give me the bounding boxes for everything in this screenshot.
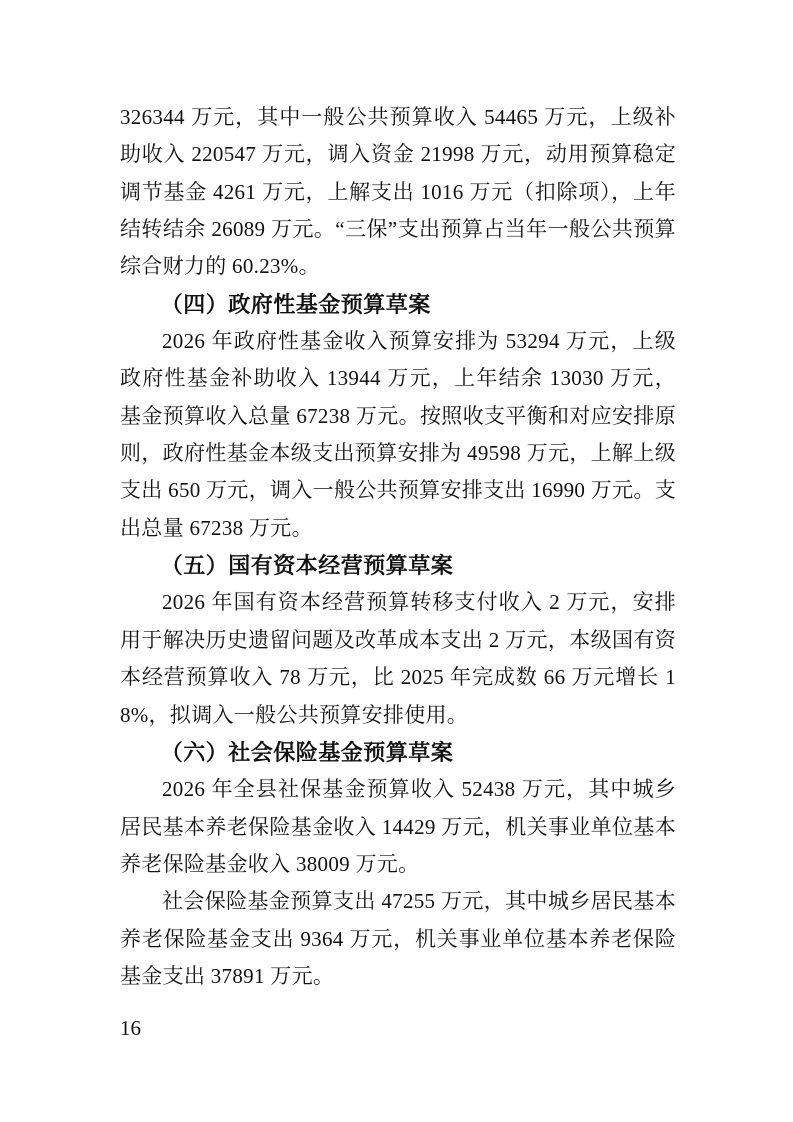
- body-paragraph-social-insurance-expense: 社会保险基金预算支出 47255 万元，其中城乡居民基本养老保险基金支出 936…: [120, 883, 676, 995]
- section-heading-5: （五）国有资本经营预算草案: [120, 547, 676, 584]
- section-heading-4: （四）政府性基金预算草案: [120, 286, 676, 323]
- body-paragraph-continued: 326344 万元，其中一般公共预算收入 54465 万元，上级补助收入 220…: [120, 99, 676, 286]
- section-heading-6: （六）社会保险基金预算草案: [120, 734, 676, 771]
- body-paragraph-social-insurance-income: 2026 年全县社保基金预算收入 52438 万元，其中城乡居民基本养老保险基金…: [120, 771, 676, 883]
- body-paragraph-government-funds: 2026 年政府性基金收入预算安排为 53294 万元，上级政府性基金补助收入 …: [120, 323, 676, 547]
- page-number: 16: [120, 1014, 141, 1042]
- body-paragraph-state-capital: 2026 年国有资本经营预算转移支付收入 2 万元，安排用于解决历史遗留问题及改…: [120, 584, 676, 733]
- page-text-block: 326344 万元，其中一般公共预算收入 54465 万元，上级补助收入 220…: [120, 99, 676, 995]
- document-page: 326344 万元，其中一般公共预算收入 54465 万元，上级补助收入 220…: [0, 0, 793, 1122]
